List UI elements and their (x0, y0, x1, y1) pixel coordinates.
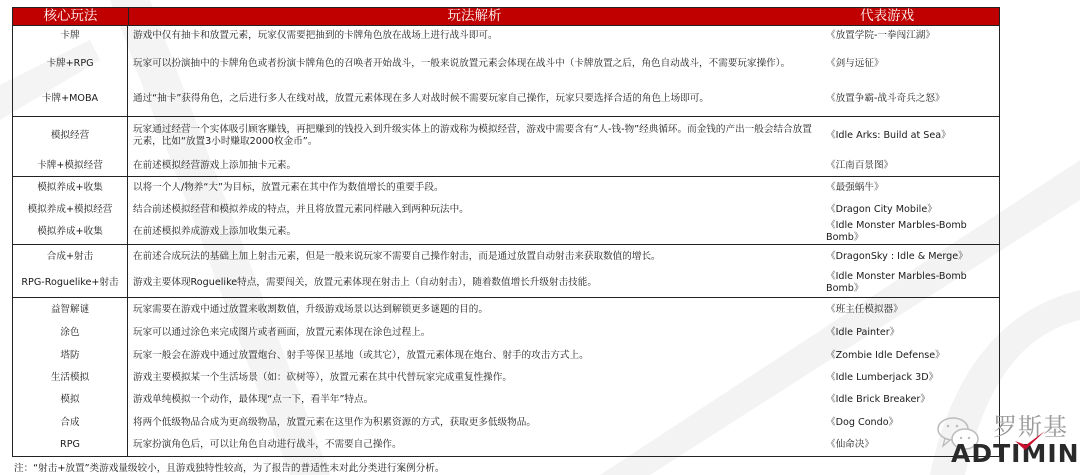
core-gameplay-cell-text: 生活模拟 (51, 372, 89, 384)
representative-game-cell-text: 《Zombie Idle Defense》 (826, 350, 945, 362)
representative-game-cell: 《江南百景图》 (820, 155, 999, 176)
row-group: 模拟养成+收集以将一个人/物养“大”为目标，放置元素在其中作为数值增长的重要手段… (13, 177, 999, 245)
representative-game-cell: 《放置争霸-战斗奇兵之怒》 (820, 82, 999, 116)
table-row: 塔防玩家一般会在游戏中通过放置炮台、射手等保卫基地（或其它），放置元素体现在炮台… (13, 344, 999, 367)
table-header: 核心玩法 玩法解析 代表游戏 (13, 8, 999, 26)
analysis-cell-text: 游戏中仅有抽卡和放置元素，玩家仅需要把抽到的卡牌角色放在战场上进行战斗即可。 (133, 30, 498, 42)
core-gameplay-cell: 卡牌 (13, 26, 128, 46)
analysis-cell-text: 游戏主要体现Roguelike特点，需要闯关，放置元素体现在射击上（自动射击），… (133, 277, 597, 289)
analysis-cell-text: 玩家扮演角色后，可以让角色自动进行战斗，不需要自己操作。 (133, 439, 402, 451)
core-gameplay-cell-text: 合成 (60, 417, 79, 429)
representative-game-cell-text: 《剑与远征》 (826, 58, 884, 70)
core-gameplay-cell-text: 模拟养成+模拟经营 (28, 204, 113, 216)
header-gameplay-analysis: 玩法解析 (129, 8, 820, 25)
analysis-cell-text: 以将一个人/物养“大”为目标，放置元素在其中作为数值增长的重要手段。 (133, 182, 444, 194)
analysis-cell: 以将一个人/物养“大”为目标，放置元素在其中作为数值增长的重要手段。 (128, 177, 820, 199)
table-row: 卡牌游戏中仅有抽卡和放置元素，玩家仅需要把抽到的卡牌角色放在战场上进行战斗即可。… (13, 26, 999, 46)
table-row: RPG-Roguelike+射击游戏主要体现Roguelike特点，需要闯关，放… (13, 269, 999, 297)
core-gameplay-cell: 涂色 (13, 321, 128, 344)
row-group: 益智解谜玩家需要在游戏中通过放置来收割数值，升级游戏场景以达到解锁更多谜题的目的… (13, 298, 999, 456)
representative-game-cell-text: 《Idle Monster Marbles-Bomb Bomb》 (826, 220, 999, 244)
representative-game-cell-text: 《Idle Monster Marbles-Bomb Bomb》 (826, 271, 999, 295)
representative-game-cell-text: 《Idle Lumberjack 3D》 (826, 372, 938, 384)
table-row: 模拟经营玩家通过经营一个实体吸引顾客赚钱，再把赚到的钱投入到升级实体上的游戏称为… (13, 117, 999, 155)
analysis-cell: 玩家通过经营一个实体吸引顾客赚钱，再把赚到的钱投入到升级实体上的游戏称为模拟经营… (128, 117, 820, 155)
core-gameplay-cell-text: 益智解谜 (51, 304, 89, 316)
analysis-cell: 结合前述模拟经营和模拟养成的特点，并且将放置元素同样融入到两种玩法中。 (128, 199, 820, 220)
analysis-cell: 游戏主要模拟某一个生活场景（如：砍树等），放置元素在其中代替玩家完成重复性操作。 (128, 367, 820, 389)
table-row: 合成将两个低级物品合成为更高级物品，放置元素在这里作为积累资源的方式，获取更多低… (13, 411, 999, 434)
representative-game-cell-text: 《DragonSky : Idle & Merge》 (826, 251, 968, 263)
core-gameplay-cell: 模拟经营 (13, 117, 128, 155)
gameplay-table: 核心玩法 玩法解析 代表游戏 卡牌游戏中仅有抽卡和放置元素，玩家仅需要把抽到的卡… (12, 7, 1000, 457)
representative-game-cell: 《班主任模拟器》 (820, 298, 999, 321)
table-row: 卡牌+RPG玩家可以扮演抽中的卡牌角色或者扮演卡牌角色的召唤者开始战斗，一般来说… (13, 46, 999, 82)
representative-game-cell: 《剑与远征》 (820, 46, 999, 82)
table-row: 模拟养成+收集在前述模拟养成游戏上添加收集元素。《Idle Monster Ma… (13, 220, 999, 244)
footnote: 注：“射击+放置”类游戏量级较小，且游戏独特性较高，为了报告的普适性未对此分类进… (14, 460, 445, 474)
checkmark-icon (1013, 429, 1047, 453)
core-gameplay-cell-text: 模拟养成+收集 (37, 182, 103, 194)
representative-game-cell: 《Zombie Idle Defense》 (820, 344, 999, 367)
representative-game-cell: 《放置学院-一拳闯江湖》 (820, 26, 999, 46)
analysis-cell: 通过“抽卡”获得角色，之后进行多人在线对战，放置元素体现在多人对战时候不需要玩家… (128, 82, 820, 116)
representative-game-cell: 《最强蜗牛》 (820, 177, 999, 199)
watermark-logo: 罗斯基 ADTIMING (935, 405, 1080, 475)
core-gameplay-cell: 模拟养成+收集 (13, 220, 128, 244)
core-gameplay-cell-text: 卡牌+模拟经营 (37, 160, 103, 172)
core-gameplay-cell: 合成+射击 (13, 245, 128, 269)
representative-game-cell-text: 《Idle Brick Breaker》 (826, 394, 930, 406)
core-gameplay-cell: 卡牌+模拟经营 (13, 155, 128, 176)
analysis-cell-text: 玩家通过经营一个实体吸引顾客赚钱，再把赚到的钱投入到升级实体上的游戏称为模拟经营… (133, 124, 815, 148)
core-gameplay-cell: 卡牌+MOBA (13, 82, 128, 116)
core-gameplay-cell: 模拟养成+模拟经营 (13, 199, 128, 220)
core-gameplay-cell: 卡牌+RPG (13, 46, 128, 82)
core-gameplay-cell-text: 合成+射击 (47, 251, 93, 263)
row-group: 模拟经营玩家通过经营一个实体吸引顾客赚钱，再把赚到的钱投入到升级实体上的游戏称为… (13, 117, 999, 177)
analysis-cell-text: 游戏单纯模拟一个动作，最体现“点一下，看半年”特点。 (133, 394, 373, 406)
core-gameplay-cell: 生活模拟 (13, 367, 128, 389)
analysis-cell: 游戏单纯模拟一个动作，最体现“点一下，看半年”特点。 (128, 389, 820, 411)
table-row: 合成+射击在前述合成玩法的基础上加上射击元素，但是一般来说玩家不需要自己操作射击… (13, 245, 999, 269)
core-gameplay-cell-text: 模拟养成+收集 (37, 226, 103, 238)
table-row: 卡牌+模拟经营在前述模拟经营游戏上添加抽卡元素。《江南百景图》 (13, 155, 999, 176)
core-gameplay-cell-text: 卡牌 (60, 30, 79, 42)
core-gameplay-cell-text: 塔防 (60, 350, 79, 362)
analysis-cell: 游戏主要体现Roguelike特点，需要闯关，放置元素体现在射击上（自动射击），… (128, 269, 820, 297)
core-gameplay-cell-text: 卡牌+MOBA (42, 93, 98, 105)
representative-game-cell-text: 《江南百景图》 (826, 160, 893, 172)
analysis-cell-text: 在前述模拟养成游戏上添加收集元素。 (133, 226, 296, 238)
analysis-cell: 玩家一般会在游戏中通过放置炮台、射手等保卫基地（或其它），放置元素体现在炮台、射… (128, 344, 820, 367)
analysis-cell: 玩家可以扮演抽中的卡牌角色或者扮演卡牌角色的召唤者开始战斗，一般来说放置元素会体… (128, 46, 820, 82)
analysis-cell-text: 在前述合成玩法的基础上加上射击元素，但是一般来说玩家不需要自己操作射击，而是通过… (133, 251, 661, 263)
table-row: 模拟养成+收集以将一个人/物养“大”为目标，放置元素在其中作为数值增长的重要手段… (13, 177, 999, 199)
analysis-cell: 玩家需要在游戏中通过放置来收割数值，升级游戏场景以达到解锁更多谜题的目的。 (128, 298, 820, 321)
table-row: 卡牌+MOBA通过“抽卡”获得角色，之后进行多人在线对战，放置元素体现在多人对战… (13, 82, 999, 116)
core-gameplay-cell: 塔防 (13, 344, 128, 367)
core-gameplay-cell-text: 模拟经营 (51, 130, 89, 142)
core-gameplay-cell: RPG-Roguelike+射击 (13, 269, 128, 297)
analysis-cell-text: 游戏主要模拟某一个生活场景（如：砍树等），放置元素在其中代替玩家完成重复性操作。 (133, 372, 512, 384)
analysis-cell-text: 玩家可以扮演抽中的卡牌角色或者扮演卡牌角色的召唤者开始战斗，一般来说放置元素会体… (133, 58, 790, 70)
analysis-cell: 游戏中仅有抽卡和放置元素，玩家仅需要把抽到的卡牌角色放在战场上进行战斗即可。 (128, 26, 820, 46)
representative-game-cell: 《Idle Monster Marbles-Bomb Bomb》 (820, 269, 999, 297)
header-core-gameplay: 核心玩法 (13, 8, 129, 25)
table-row: 模拟游戏单纯模拟一个动作，最体现“点一下，看半年”特点。《Idle Brick … (13, 389, 999, 411)
core-gameplay-cell-text: RPG (60, 439, 80, 451)
table-row: RPG玩家扮演角色后，可以让角色自动进行战斗，不需要自己操作。《仙命决》 (13, 434, 999, 456)
representative-game-cell: 《Idle Arks: Build at Sea》 (820, 117, 999, 155)
core-gameplay-cell: 益智解谜 (13, 298, 128, 321)
analysis-cell-text: 通过“抽卡”获得角色，之后进行多人在线对战，放置元素体现在多人对战时候不需要玩家… (133, 93, 709, 105)
analysis-cell-text: 结合前述模拟经营和模拟养成的特点，并且将放置元素同样融入到两种玩法中。 (133, 204, 469, 216)
representative-game-cell-text: 《Dog Condo》 (826, 417, 898, 429)
analysis-cell-text: 玩家可以通过涂色来完成图片或者画面，放置元素体现在涂色过程上。 (133, 327, 430, 339)
representative-game-cell: 《Idle Lumberjack 3D》 (820, 367, 999, 389)
representative-game-cell-text: 《班主任模拟器》 (826, 304, 903, 316)
core-gameplay-cell: 模拟 (13, 389, 128, 411)
table-body: 卡牌游戏中仅有抽卡和放置元素，玩家仅需要把抽到的卡牌角色放在战场上进行战斗即可。… (13, 26, 999, 456)
analysis-cell: 在前述模拟养成游戏上添加收集元素。 (128, 220, 820, 244)
core-gameplay-cell: 合成 (13, 411, 128, 434)
representative-game-cell: 《Idle Monster Marbles-Bomb Bomb》 (820, 220, 999, 244)
representative-game-cell-text: 《最强蜗牛》 (826, 182, 884, 194)
representative-game-cell-text: 《Dragon City Mobile》 (826, 204, 937, 216)
analysis-cell: 玩家可以通过涂色来完成图片或者画面，放置元素体现在涂色过程上。 (128, 321, 820, 344)
row-group: 卡牌游戏中仅有抽卡和放置元素，玩家仅需要把抽到的卡牌角色放在战场上进行战斗即可。… (13, 26, 999, 117)
table-row: 生活模拟游戏主要模拟某一个生活场景（如：砍树等），放置元素在其中代替玩家完成重复… (13, 367, 999, 389)
representative-game-cell-text: 《Idle Painter》 (826, 327, 899, 339)
analysis-cell: 在前述合成玩法的基础上加上射击元素，但是一般来说玩家不需要自己操作射击，而是通过… (128, 245, 820, 269)
core-gameplay-cell-text: 模拟 (60, 394, 79, 406)
core-gameplay-cell: RPG (13, 434, 128, 456)
analysis-cell: 在前述模拟经营游戏上添加抽卡元素。 (128, 155, 820, 176)
row-group: 合成+射击在前述合成玩法的基础上加上射击元素，但是一般来说玩家不需要自己操作射击… (13, 245, 999, 298)
core-gameplay-cell-text: 卡牌+RPG (46, 58, 93, 70)
representative-game-cell-text: 《Idle Arks: Build at Sea》 (826, 130, 951, 142)
representative-game-cell: 《Dragon City Mobile》 (820, 199, 999, 220)
analysis-cell: 将两个低级物品合成为更高级物品，放置元素在这里作为积累资源的方式，获取更多低级物… (128, 411, 820, 434)
representative-game-cell-text: 《仙命决》 (826, 439, 874, 451)
core-gameplay-cell: 模拟养成+收集 (13, 177, 128, 199)
table-row: 益智解谜玩家需要在游戏中通过放置来收割数值，升级游戏场景以达到解锁更多谜题的目的… (13, 298, 999, 321)
analysis-cell: 玩家扮演角色后，可以让角色自动进行战斗，不需要自己操作。 (128, 434, 820, 456)
representative-game-cell-text: 《放置学院-一拳闯江湖》 (826, 30, 935, 42)
core-gameplay-cell-text: RPG-Roguelike+射击 (21, 277, 118, 289)
analysis-cell-text: 在前述模拟经营游戏上添加抽卡元素。 (133, 160, 296, 172)
analysis-cell-text: 将两个低级物品合成为更高级物品，放置元素在这里作为积累资源的方式，获取更多低级物… (133, 417, 536, 429)
analysis-cell-text: 玩家一般会在游戏中通过放置炮台、射手等保卫基地（或其它），放置元素体现在炮台、射… (133, 350, 589, 362)
representative-game-cell: 《DragonSky : Idle & Merge》 (820, 245, 999, 269)
analysis-cell-text: 玩家需要在游戏中通过放置来收割数值，升级游戏场景以达到解锁更多谜题的目的。 (133, 304, 488, 316)
table-row: 涂色玩家可以通过涂色来完成图片或者画面，放置元素体现在涂色过程上。《Idle P… (13, 321, 999, 344)
representative-game-cell-text: 《放置争霸-战斗奇兵之怒》 (826, 93, 945, 105)
header-representative-games: 代表游戏 (820, 8, 999, 25)
core-gameplay-cell-text: 涂色 (60, 327, 79, 339)
table-row: 模拟养成+模拟经营结合前述模拟经营和模拟养成的特点，并且将放置元素同样融入到两种… (13, 199, 999, 220)
representative-game-cell: 《Idle Painter》 (820, 321, 999, 344)
